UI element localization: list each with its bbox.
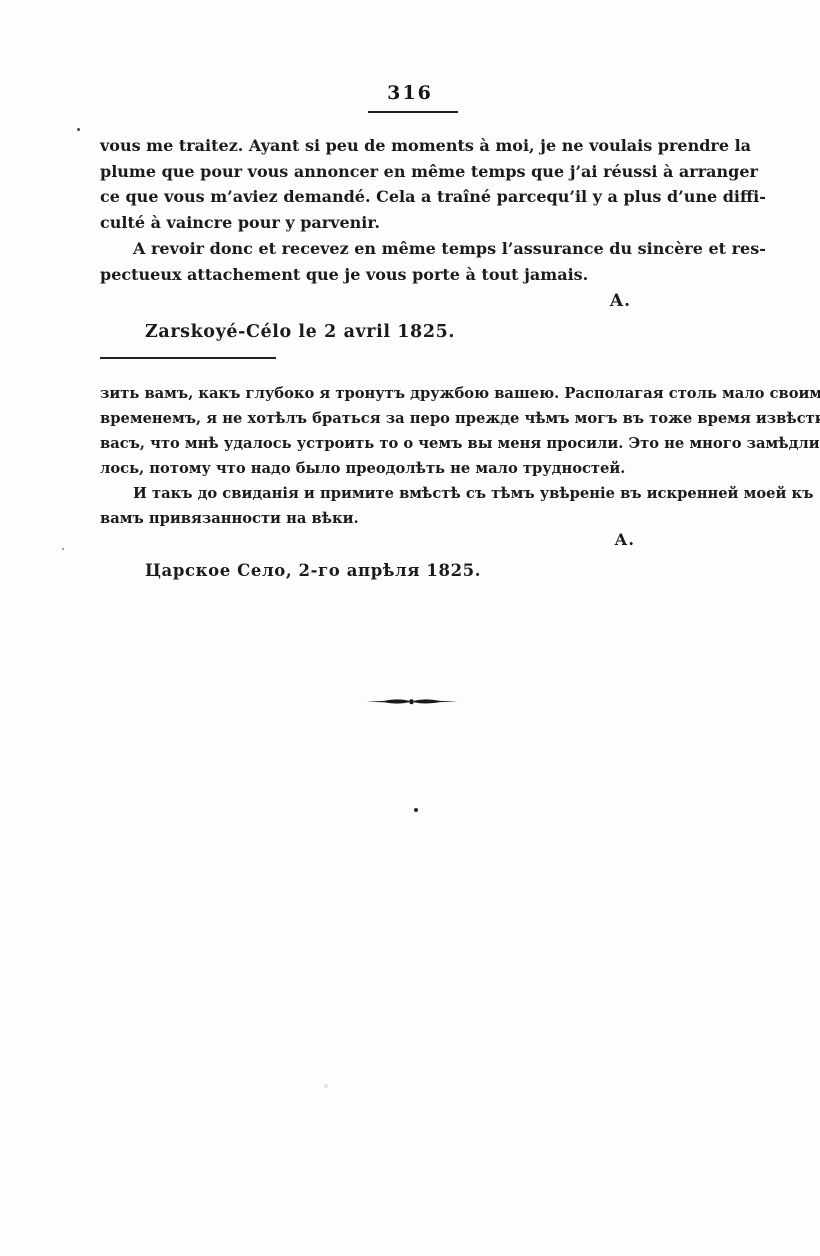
text-line: A revoir donc et recevez en même temps l… [100, 236, 731, 262]
text-line: culté à vaincre pour y parvenir. [100, 210, 731, 236]
text-line: pectueux attachement que je vous porte à… [100, 262, 731, 288]
ink-speck [62, 548, 64, 550]
page-number-rule [368, 111, 458, 113]
french-paragraph-1: vous me traitez. Ayant si peu de moments… [100, 133, 731, 236]
text-line: plume que pour vous annoncer en même tem… [100, 159, 731, 185]
text-line: vous me traitez. Ayant si peu de moments… [100, 133, 731, 159]
text-line: временемъ, я не хотѣлъ браться за перо п… [100, 407, 731, 432]
ink-speck [414, 808, 418, 812]
letter-signature: А. [100, 528, 731, 553]
spindle-rule-icon [366, 697, 458, 707]
text-line: лось, потому что надо было преодолѣть не… [100, 457, 731, 482]
ink-speck [324, 1084, 328, 1088]
ink-speck [77, 128, 80, 131]
text-line: васъ, что мнѣ удалось устроить то о чемъ… [100, 432, 731, 457]
divider-ornament [366, 697, 458, 707]
letter-signature: A. [100, 289, 731, 315]
letter-dateline: Царское Село, 2-го апрѣля 1825. [145, 559, 731, 584]
russian-paragraph-2: И такъ до свиданія и примите вмѣстѣ съ т… [100, 482, 731, 532]
russian-letter-body: зить вамъ, какъ глубоко я тронутъ дружбо… [100, 382, 731, 584]
section-separator-rule [100, 357, 276, 359]
text-line: зить вамъ, какъ глубоко я тронутъ дружбо… [100, 382, 731, 407]
french-paragraph-2: A revoir donc et recevez en même temps l… [100, 236, 731, 287]
french-letter-body: vous me traitez. Ayant si peu de moments… [100, 133, 731, 346]
letter-dateline: Zarskoyé-Célo le 2 avril 1825. [145, 320, 731, 346]
text-line: ce que vous m’aviez demandé. Cela a traî… [100, 184, 731, 210]
text-line: И такъ до свиданія и примите вмѣстѣ съ т… [100, 482, 731, 507]
page-header: 316 [0, 82, 820, 104]
page-number: 316 [0, 82, 820, 104]
scanned-book-page: 316 vous me traitez. Ayant si peu de mom… [0, 0, 820, 1256]
russian-paragraph-1: зить вамъ, какъ глубоко я тронутъ дружбо… [100, 382, 731, 482]
